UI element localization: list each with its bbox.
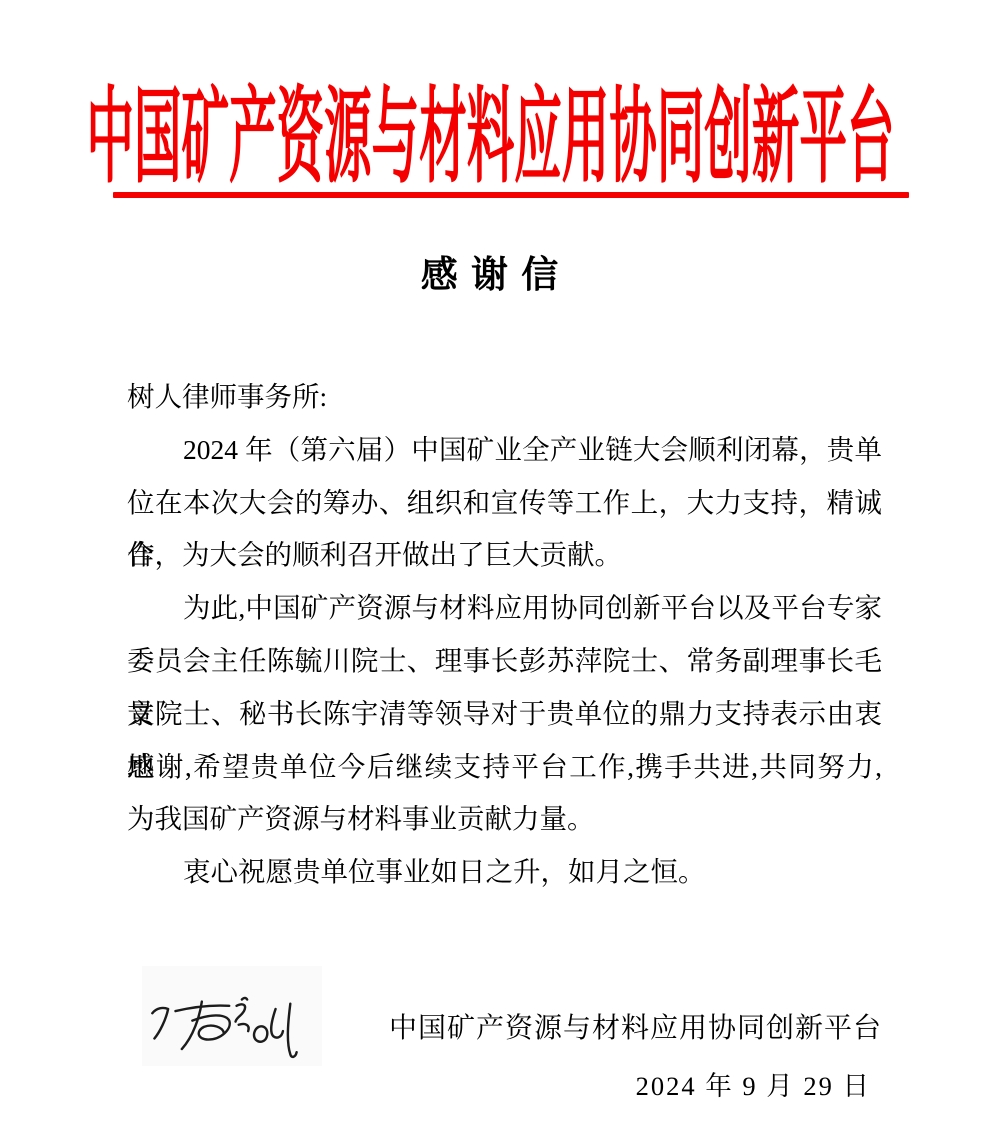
body-line: 作，为大会的顺利召开做出了巨大贡献。 [127, 529, 882, 582]
body-line: 位在本次大会的筹办、组织和宣传等工作上，大力支持，精诚合 [127, 477, 882, 530]
body-line: 为此,中国矿产资源与材料应用协同创新平台以及平台专家 [127, 582, 882, 635]
letter-body: 树人律师事务所: 2024 年（第六届）中国矿业全产业链大会顺利闭幕，贵单 位在… [127, 371, 882, 899]
letterhead-underline [113, 192, 909, 198]
signatory-org-name: 中国矿产资源与材料应用协同创新平台 [127, 1006, 882, 1046]
body-line: 文院士、秘书长陈宇清等领导对于贵单位的鼎力支持表示由衷地 [127, 688, 882, 741]
letterhead-org-title: 中国矿产资源与材料应用协同创新平台 [0, 56, 981, 126]
letter-title: 感 谢 信 [0, 244, 981, 298]
salutation: 树人律师事务所: [127, 371, 882, 424]
body-line: 为我国矿产资源与材料事业贡献力量。 [127, 793, 882, 846]
body-line: 2024 年（第六届）中国矿业全产业链大会顺利闭幕，贵单 [127, 424, 882, 477]
letter-page: 中国矿产资源与材料应用协同创新平台 感 谢 信 树人律师事务所: 2024 年（… [0, 0, 981, 1121]
body-line: 感谢,希望贵单位今后继续支持平台工作,携手共进,共同努力, [127, 741, 882, 794]
letter-date: 2024 年 9 月 29 日 [127, 1064, 871, 1103]
letterhead-org-title-text: 中国矿产资源与材料应用协同创新平台 [86, 56, 894, 204]
body-line: 委员会主任陈毓川院士、理事长彭苏萍院士、常务副理事长毛景 [127, 635, 882, 688]
body-line: 衷心祝愿贵单位事业如日之升，如月之恒。 [127, 846, 882, 899]
